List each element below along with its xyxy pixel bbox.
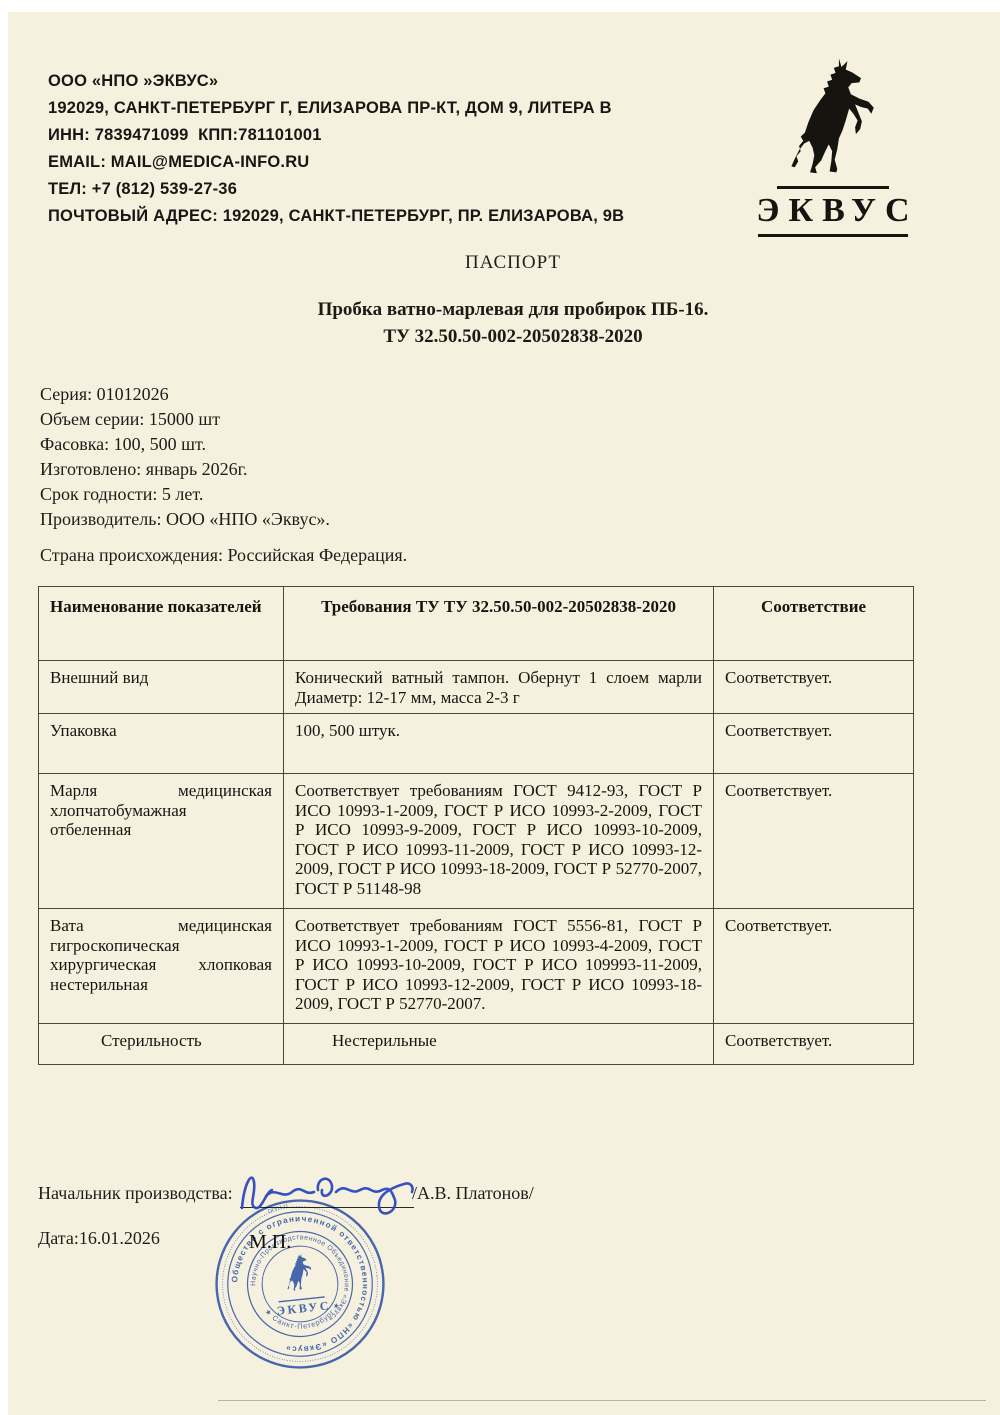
- series-details: Серия: 01012026 Объем серии: 15000 шт Фа…: [40, 382, 330, 532]
- cell-indicator-name: Стерильность: [39, 1024, 284, 1065]
- cell-requirement: Соответствует требованиям ГОСТ 5556-81, …: [284, 909, 714, 1024]
- letterhead-line: ПОЧТОВЫЙ АДРЕС: 192029, САНКТ-ПЕТЕРБУРГ,…: [48, 203, 688, 230]
- logo-rule-bottom: [758, 234, 908, 237]
- cell-conformity: Соответствует.: [714, 774, 914, 909]
- date-line: Дата:16.01.2026: [38, 1228, 160, 1249]
- logo-rule-top: [777, 186, 889, 189]
- table-row: Стерильность Нестерильные Соответствует.: [39, 1024, 914, 1065]
- spec-table-header-row: Наименование показателей Требования ТУ Т…: [39, 587, 914, 661]
- detail-line: Изготовлено: январь 2026г.: [40, 457, 330, 482]
- header-tu-requirements: Требования ТУ ТУ 32.50.50-002-20502838-2…: [284, 587, 714, 661]
- letterhead-line: ИНН: 7839471099 КПП:781101001: [48, 122, 688, 149]
- cell-conformity: Соответствует.: [714, 661, 914, 714]
- cell-requirement: Соответствует требованиям ГОСТ 9412-93, …: [284, 774, 714, 909]
- product-title: Пробка ватно-марлевая для пробирок ПБ-16…: [18, 296, 1000, 350]
- cell-requirement: Конический ватный тампон. Обернут 1 слое…: [284, 661, 714, 714]
- cell-requirement: Нестерильные: [284, 1024, 714, 1065]
- detail-line: Объем серии: 15000 шт: [40, 407, 330, 432]
- document-page: ООО «НПО »ЭКВУС» 192029, САНКТ-ПЕТЕРБУРГ…: [8, 12, 1000, 1415]
- seal-place-mark: М.П.: [249, 1231, 291, 1254]
- company-logo: ЭКВУС: [745, 56, 921, 237]
- document-title: ПАСПОРТ: [18, 252, 1000, 274]
- company-letterhead: ООО «НПО »ЭКВУС» 192029, САНКТ-ПЕТЕРБУРГ…: [48, 68, 688, 230]
- cell-indicator-name: Вата медицинская гигроскопическая хирург…: [39, 909, 284, 1024]
- product-title-line2: ТУ 32.50.50-002-20502838-2020: [18, 323, 1000, 350]
- letterhead-line: ТЕЛ: +7 (812) 539-27-36: [48, 176, 688, 203]
- rearing-horse-icon: [784, 56, 882, 180]
- scanned-passport-document: { "colors": { "paper": "#f5f1de", "ink":…: [0, 0, 1000, 1415]
- cell-indicator-name: Внешний вид: [39, 661, 284, 714]
- table-row: Вата медицинская гигроскопическая хирург…: [39, 909, 914, 1024]
- cell-requirement: 100, 500 штук.: [284, 714, 714, 774]
- table-row: Упаковка 100, 500 штук. Соответствует.: [39, 714, 914, 774]
- logo-wordmark: ЭКВУС: [745, 192, 921, 230]
- header-conformity: Соответствие: [714, 587, 914, 661]
- stamp-horse-icon: [284, 1253, 313, 1291]
- header-indicator-name: Наименование показателей: [39, 587, 284, 661]
- country-of-origin: Страна происхождения: Российская Федерац…: [40, 545, 407, 566]
- detail-line: Производитель: ООО «НПО «Эквус».: [40, 507, 330, 532]
- cell-conformity: Соответствует.: [714, 714, 914, 774]
- detail-line: Фасовка: 100, 500 шт.: [40, 432, 330, 457]
- cell-indicator-name: Марля медицинская хлопчатобумажная отбел…: [39, 774, 284, 909]
- signature-role-label: Начальник производства:: [38, 1183, 233, 1204]
- scan-edge-line: [218, 1400, 986, 1401]
- cell-conformity: Соответствует.: [714, 909, 914, 1024]
- product-title-line1: Пробка ватно-марлевая для пробирок ПБ-16…: [18, 296, 1000, 323]
- letterhead-line: 192029, САНКТ-ПЕТЕРБУРГ Г, ЕЛИЗАРОВА ПР-…: [48, 95, 688, 122]
- letterhead-line: ООО «НПО »ЭКВУС»: [48, 68, 688, 95]
- detail-line: Серия: 01012026: [40, 382, 330, 407]
- cell-conformity: Соответствует.: [714, 1024, 914, 1065]
- handwritten-signature: [232, 1162, 428, 1224]
- table-row: Марля медицинская хлопчатобумажная отбел…: [39, 774, 914, 909]
- table-row: Внешний вид Конический ватный тампон. Об…: [39, 661, 914, 714]
- detail-line: Срок годности: 5 лет.: [40, 482, 330, 507]
- letterhead-line: EMAIL: MAIL@MEDICA-INFO.RU: [48, 149, 688, 176]
- cell-indicator-name: Упаковка: [39, 714, 284, 774]
- signer-name: /А.В. Платонов/: [412, 1183, 534, 1204]
- spec-table: Наименование показателей Требования ТУ Т…: [38, 586, 914, 1065]
